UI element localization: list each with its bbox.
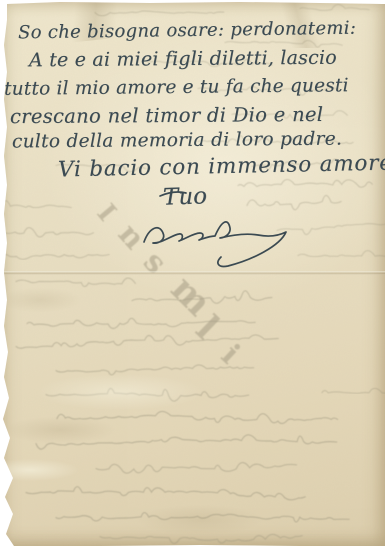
fold-crease [0, 271, 385, 275]
letter-line: A te e ai miei figli diletti, lascio [29, 47, 337, 72]
letter-page: Insmli So che bisogna osare: perdonatemi… [0, 0, 385, 546]
letter-closing: Tuo [163, 183, 208, 211]
scan-background: Insmli So che bisogna osare: perdonatemi… [0, 0, 385, 546]
letter-line: culto della memoria di loro padre. [12, 129, 342, 153]
letter-line: tutto il mio amore e tu fa che questi [4, 75, 349, 100]
letter-line: crescano nel timor di Dio e nel [10, 103, 323, 128]
